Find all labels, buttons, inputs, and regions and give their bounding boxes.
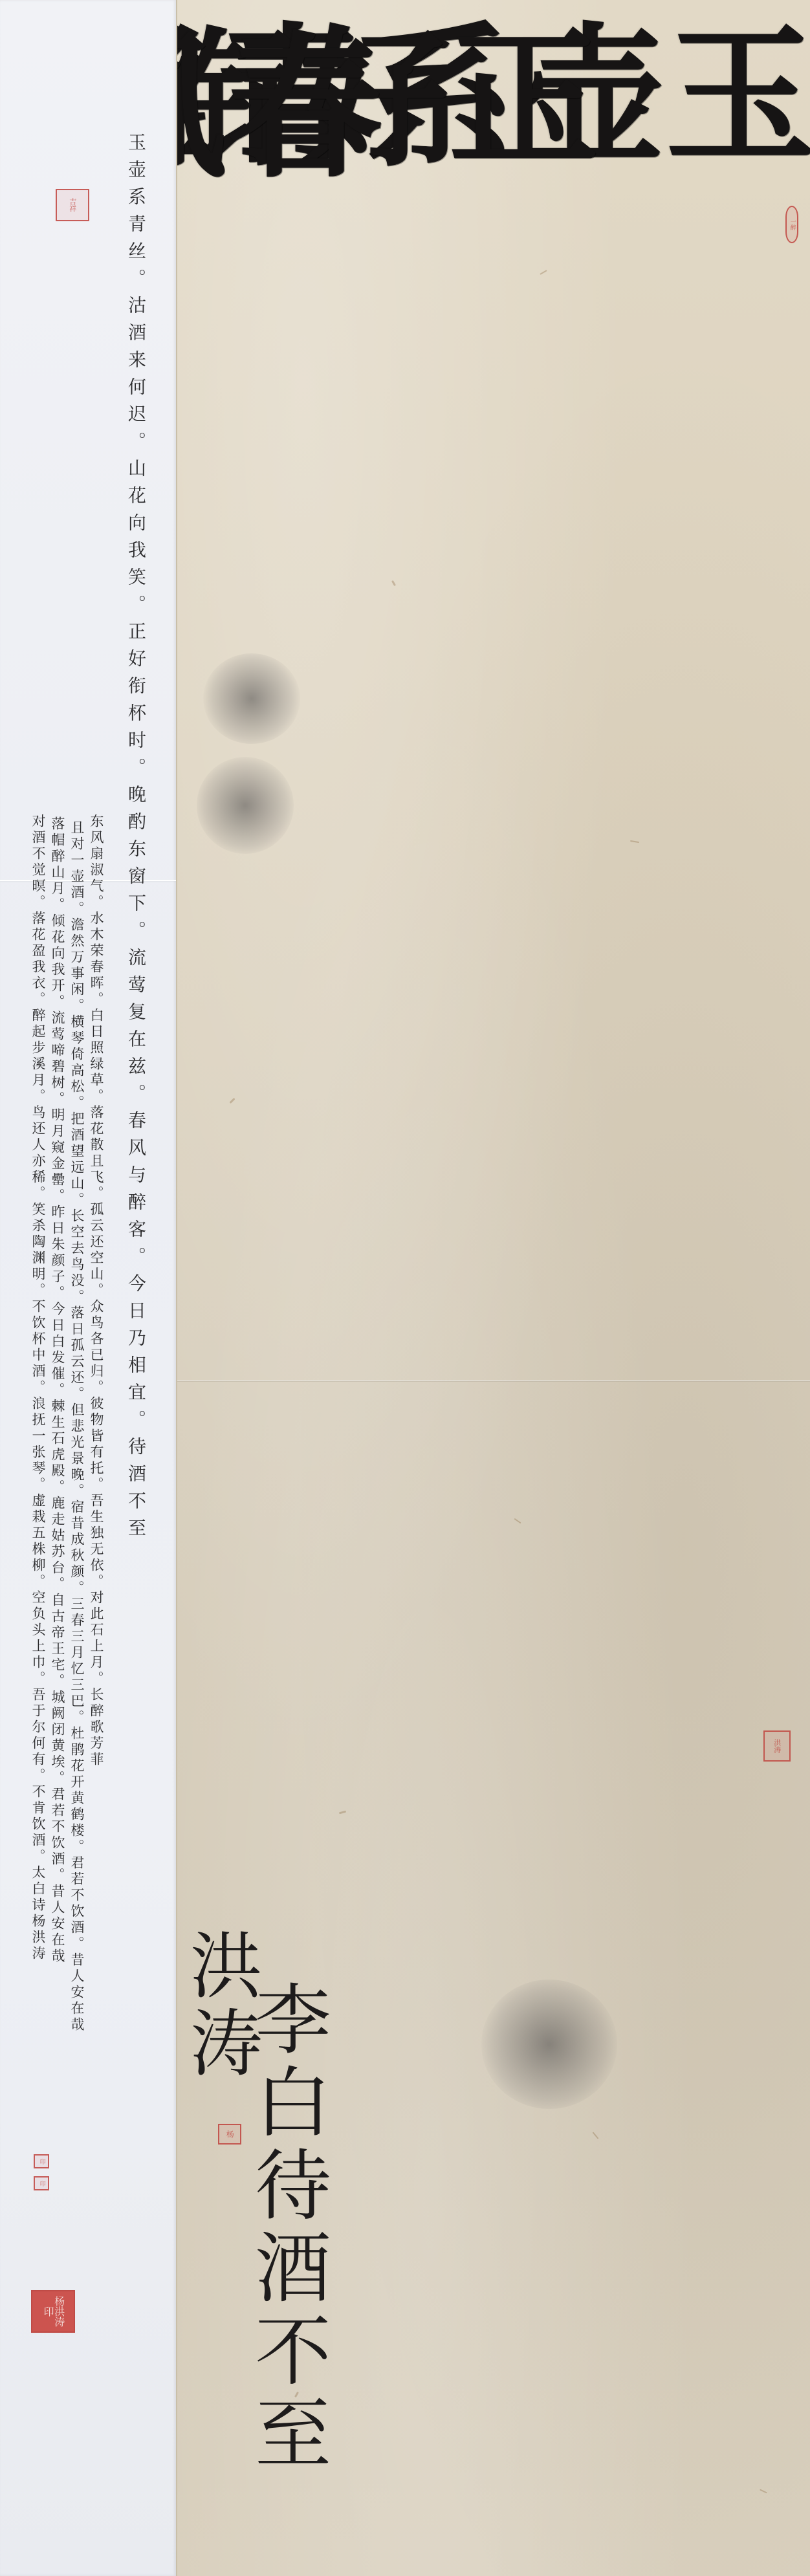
paper-crease	[0, 880, 176, 881]
main-calligraphy-panel: 玉 壶 系 青 丝 沽 酒 来 何 迟 山 花 向 我 笑 正 好 衔 杯 时 …	[176, 0, 810, 2576]
ink-bleed	[481, 1980, 617, 2109]
seal-side-small-1: 印	[34, 2154, 49, 2168]
colophon-column-1: 东风扇淑气。水木荣春晖。白日照绿草。落花散且飞。孤云还空山。众鸟各已归。彼物皆有…	[89, 814, 103, 1768]
ink-bleed	[203, 653, 300, 744]
colophon-title-column: 玉壶系青丝。沽酒来何迟。山花向我笑。正好衔杯时。晚酌东窗下。流莺复在兹。春风与醉…	[127, 133, 145, 1545]
colophon-panel: 吉祥 玉壶系青丝。沽酒来何迟。山花向我笑。正好衔杯时。晚酌东窗下。流莺复在兹。春…	[0, 0, 176, 2576]
seal-main-mid-right: 洪涛	[763, 1730, 791, 1762]
seal-side-bottom: 杨洪涛印	[31, 2290, 75, 2333]
signature-name: 洪涛	[184, 1928, 256, 2083]
paper-fold	[177, 1380, 810, 1382]
seal-side-small-2: 印	[34, 2176, 49, 2190]
calligraphy-scroll: 吉祥 玉壶系青丝。沽酒来何迟。山花向我笑。正好衔杯时。晚酌东窗下。流莺复在兹。春…	[0, 0, 810, 2576]
colophon-column-3: 落帽醉山月。倾花向我开。流莺啼碧树。明月窥金罍。昨日朱颜子。今日白发催。棘生石虎…	[50, 816, 64, 1965]
seal-signature: 杨	[218, 2124, 241, 2145]
seal-main-top-right: 一醉	[785, 206, 798, 243]
ink-bleed	[197, 757, 294, 854]
colophon-column-4: 对酒不觉暝。落花盈我衣。醉起步溪月。鸟还人亦稀。笑杀陶渊明。不饮杯中酒。浪抚一张…	[31, 814, 45, 1962]
colophon-column-2: 且对一壶酒。澹然万事闲。横琴倚高松。把酒望远山。长空去鸟没。落日孤云还。但悲光景…	[70, 820, 83, 2033]
seal-side-top: 吉祥	[56, 189, 89, 221]
main-column-3: 春 风 与 醉 客 今 日 乃 相 宜	[176, 26, 370, 210]
